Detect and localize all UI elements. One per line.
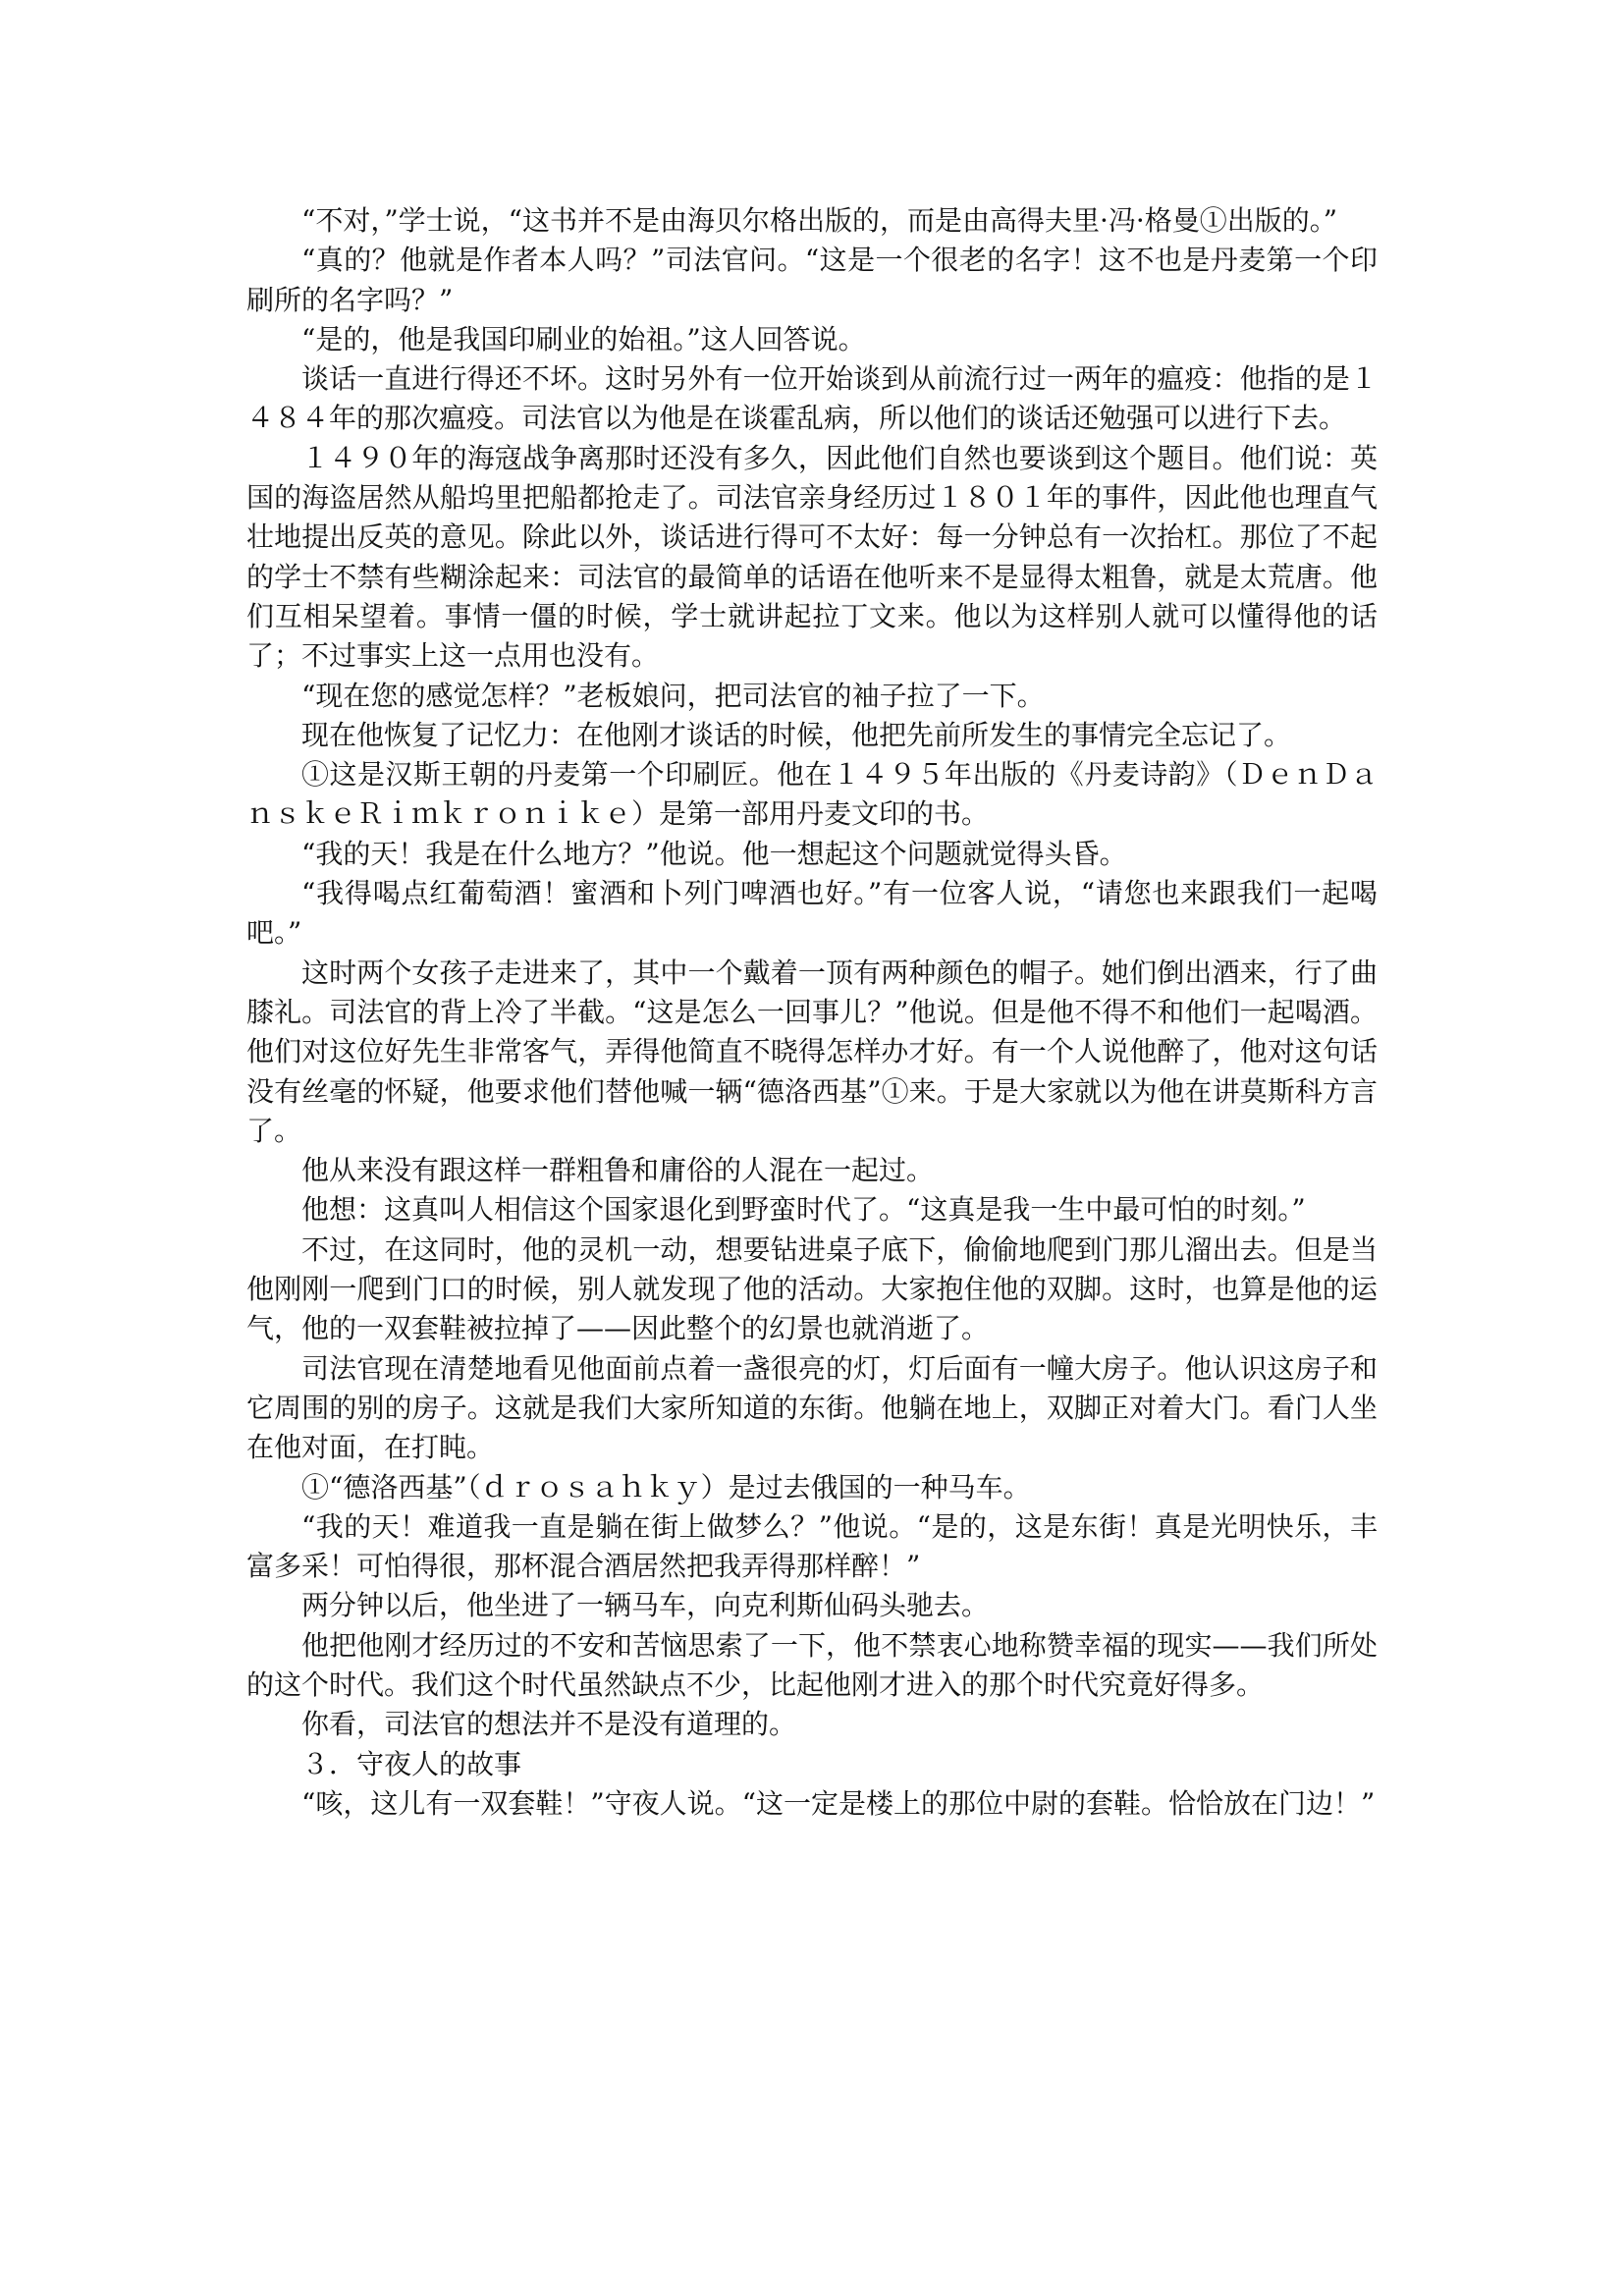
- paragraph: 他把他刚才经历过的不安和苦恼思索了一下，他不禁衷心地称赞幸福的现实——我们所处的…: [246, 1626, 1378, 1706]
- document-page: “不对，”学士说，“这书并不是由海贝尔格出版的，而是由高得夫里·冯·格曼①出版的…: [246, 201, 1378, 1824]
- paragraph: 这时两个女孩子走进来了，其中一个戴着一顶有两种颜色的帽子。她们倒出酒来，行了曲膝…: [246, 954, 1378, 1151]
- paragraph: １４９０年的海寇战争离那时还没有多久，因此他们自然也要谈到这个题目。他们说：英国…: [246, 439, 1378, 677]
- paragraph: “不对，”学士说，“这书并不是由海贝尔格出版的，而是由高得夫里·冯·格曼①出版的…: [246, 201, 1378, 241]
- paragraph: “真的？他就是作者本人吗？”司法官问。“这是一个很老的名字！这不也是丹麦第一个印…: [246, 241, 1378, 320]
- paragraph: 司法官现在清楚地看见他面前点着一盏很亮的灯，灯后面有一幢大房子。他认识这房子和它…: [246, 1349, 1378, 1468]
- paragraph: “我得喝点红葡萄酒！蜜酒和卜列门啤酒也好。”有一位客人说，“请您也来跟我们一起喝…: [246, 874, 1378, 954]
- paragraph: 他从来没有跟这样一群粗鲁和庸俗的人混在一起过。: [246, 1151, 1378, 1190]
- paragraph: “我的天！难道我一直是躺在街上做梦么？”他说。“是的，这是东街！真是光明快乐，丰…: [246, 1507, 1378, 1587]
- section-heading: ３．守夜人的故事: [246, 1745, 1378, 1784]
- paragraph: 现在他恢复了记忆力：在他刚才谈话的时候，他把先前所发生的事情完全忘记了。: [246, 716, 1378, 755]
- paragraph: 两分钟以后，他坐进了一辆马车，向克利斯仙码头驰去。: [246, 1586, 1378, 1625]
- paragraph: 不过，在这同时，他的灵机一动，想要钻进桌子底下，偷偷地爬到门那儿溜出去。但是当他…: [246, 1230, 1378, 1349]
- footnote: ①这是汉斯王朝的丹麦第一个印刷匠。他在１４９５年出版的《丹麦诗韵》（ＤｅｎＤａｎ…: [246, 755, 1378, 835]
- footnote: ①“德洛西基”（ｄｒｏｓａｈｋｙ）是过去俄国的一种马车。: [246, 1468, 1378, 1507]
- paragraph: “我的天！我是在什么地方？”他说。他一想起这个问题就觉得头昏。: [246, 835, 1378, 874]
- paragraph: 谈话一直进行得还不坏。这时另外有一位开始谈到从前流行过一两年的瘟疫：他指的是１４…: [246, 359, 1378, 439]
- paragraph: “是的，他是我国印刷业的始祖。”这人回答说。: [246, 320, 1378, 359]
- paragraph: 他想：这真叫人相信这个国家退化到野蛮时代了。“这真是我一生中最可怕的时刻。”: [246, 1190, 1378, 1230]
- paragraph: 你看，司法官的想法并不是没有道理的。: [246, 1705, 1378, 1744]
- paragraph: “咳，这儿有一双套鞋！”守夜人说。“这一定是楼上的那位中尉的套鞋。恰恰放在门边！…: [246, 1784, 1378, 1824]
- paragraph: “现在您的感觉怎样？”老板娘问，把司法官的袖子拉了一下。: [246, 677, 1378, 716]
